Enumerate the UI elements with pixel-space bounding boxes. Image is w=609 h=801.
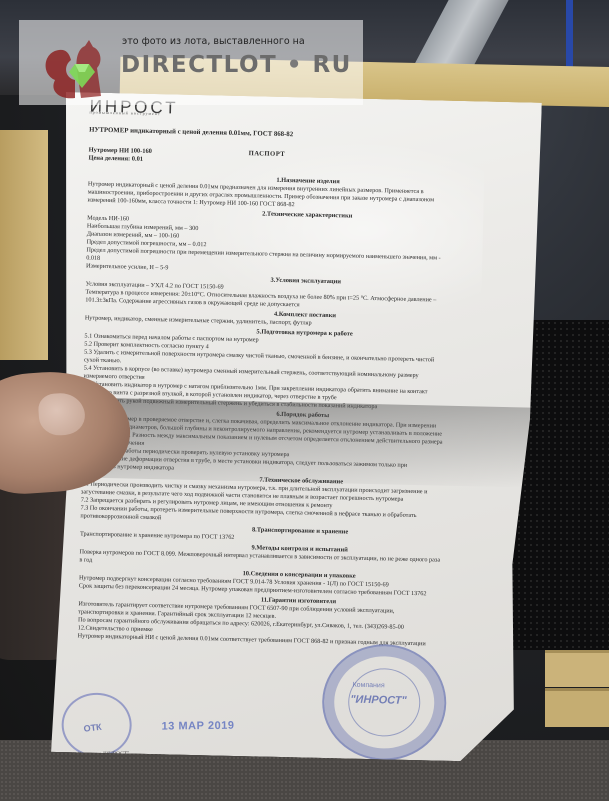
passport-heading: ПАСПОРТ: [249, 150, 286, 159]
directlot-watermark: это фото из лота, выставленного на DIREC…: [19, 20, 363, 105]
wooden-case-slat-2: [545, 688, 609, 727]
watermark-brand-tld: RU: [312, 52, 351, 78]
stamp-title: Компания: [353, 682, 385, 690]
thumbnail: [37, 392, 86, 437]
document-sections: 1.Назначение изделияНутромер индикаторны…: [78, 173, 529, 651]
qc-stamp: ОТК: [61, 692, 132, 758]
watermark-brand-separator: •: [287, 52, 303, 78]
stamp-company-name: "ИНРОСТ": [350, 694, 407, 707]
company-round-stamp: Компания "ИНРОСТ": [321, 643, 448, 762]
photo-scene: ИНРОСТ промышленный инструмент НУТРОМЕР …: [0, 0, 609, 801]
watermark-brand-name: DIRECTLOT: [121, 52, 277, 78]
qc-stamp-mark: ОТК: [83, 722, 102, 734]
watermark-brand: DIRECTLOT • RU: [121, 52, 352, 78]
document-content: ИНРОСТ промышленный инструмент НУТРОМЕР …: [78, 103, 530, 651]
wooden-case-slat-1: [545, 650, 609, 687]
watermark-caption: это фото из лота, выставленного на: [122, 36, 305, 47]
date-stamp: 13 МАР 2019: [162, 720, 235, 733]
squirrel-logo-icon: [41, 40, 111, 102]
wooden-case-left: [0, 130, 48, 360]
document-title: НУТРОМЕР индикаторный с ценой деления 0.…: [89, 127, 529, 145]
